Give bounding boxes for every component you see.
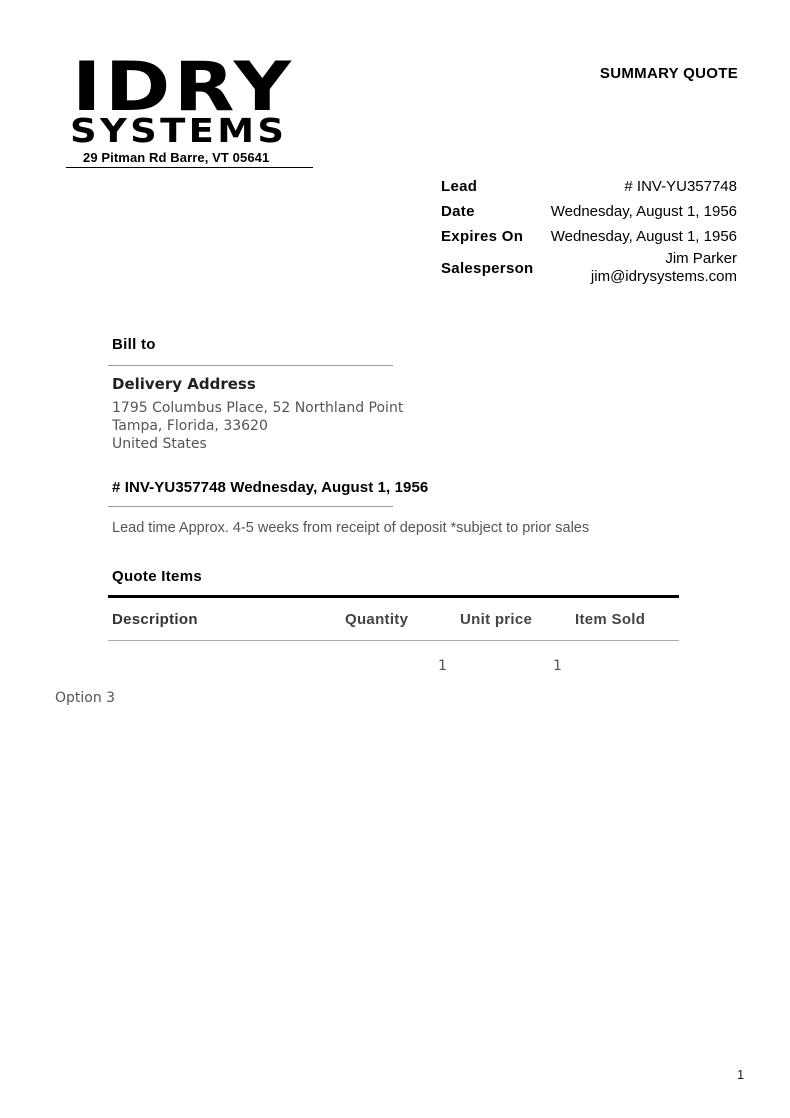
salesperson-label: Salesperson — [441, 260, 534, 277]
company-address: 29 Pitman Rd Barre, VT 05641 — [66, 149, 313, 168]
date-label: Date — [441, 203, 475, 220]
column-header-quantity: Quantity — [345, 611, 460, 628]
delivery-address: 1795 Columbus Place, 52 Northland Point … — [112, 399, 403, 453]
column-header-description: Description — [108, 611, 345, 628]
logo-wordmark-systems: SYSTEMS — [70, 116, 343, 146]
bill-to-heading: Bill to — [112, 336, 156, 353]
address-line-2: Tampa, Florida, 33620 — [112, 417, 403, 435]
expires-value: Wednesday, August 1, 1956 — [551, 228, 737, 246]
logo-wordmark-idry: IDRY — [72, 58, 353, 118]
meta-row-date: Date Wednesday, August 1, 1956 — [441, 199, 737, 224]
salesperson-email[interactable]: jim@idrysystems.com — [591, 268, 737, 286]
meta-row-lead: Lead # INV-YU357748 — [441, 174, 737, 199]
meta-row-expires: Expires On Wednesday, August 1, 1956 — [441, 224, 737, 249]
salesperson-value: Jim Parker jim@idrysystems.com — [591, 250, 737, 286]
lead-value: # INV-YU357748 — [624, 178, 737, 196]
invoice-heading: # INV-YU357748 Wednesday, August 1, 1956 — [112, 479, 428, 496]
lead-time-note: Lead time Approx. 4-5 weeks from receipt… — [112, 520, 589, 536]
salesperson-name: Jim Parker — [591, 250, 737, 268]
quote-items-table: Description Quantity Unit price Item Sol… — [108, 595, 679, 691]
column-header-item-sold: Item Sold — [575, 611, 675, 628]
address-line-1: 1795 Columbus Place, 52 Northland Point — [112, 399, 403, 417]
table-header: Description Quantity Unit price Item Sol… — [108, 598, 679, 641]
invoice-divider — [108, 506, 393, 507]
page-number: 1 — [737, 1067, 744, 1082]
column-header-unit-price: Unit price — [460, 611, 575, 628]
document-title: SUMMARY QUOTE — [600, 65, 738, 82]
lead-label: Lead — [441, 178, 477, 195]
expires-label: Expires On — [441, 228, 523, 245]
company-logo: IDRY SYSTEMS 29 Pitman Rd Barre, VT 0564… — [66, 58, 314, 168]
option-label: Option 3 — [55, 690, 115, 706]
cell-quantity: 1 — [438, 658, 553, 674]
date-value: Wednesday, August 1, 1956 — [551, 203, 737, 221]
meta-row-salesperson: Salesperson Jim Parker jim@idrysystems.c… — [441, 249, 737, 287]
address-line-3: United States — [112, 435, 403, 453]
quote-meta: Lead # INV-YU357748 Date Wednesday, Augu… — [441, 174, 737, 287]
quote-items-heading: Quote Items — [112, 568, 202, 585]
bill-to-divider — [108, 365, 393, 366]
cell-unit-price: 1 — [553, 658, 668, 674]
delivery-address-title: Delivery Address — [112, 375, 256, 393]
table-row: 1 1 — [108, 641, 679, 691]
